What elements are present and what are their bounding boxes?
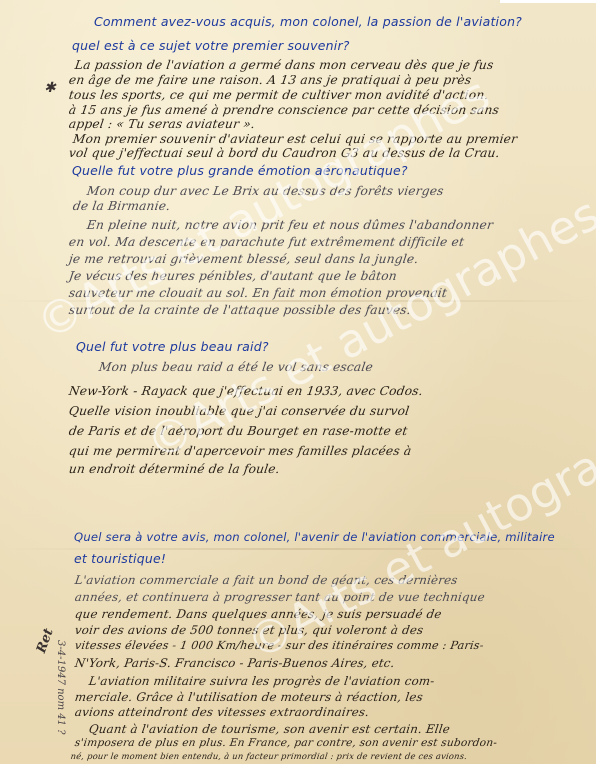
- question-1-line-1: Comment avez-vous acquis, mon colonel, l…: [94, 14, 522, 29]
- answer-1-line-5: appel : « Tu seras aviateur ».: [68, 117, 256, 131]
- answer-4-line-12: né, pour le moment bien entendu, à un fa…: [70, 751, 468, 761]
- margin-vertical-note: 3-4-1947 nom 41 ?: [55, 640, 66, 735]
- question-4-line-1: Quel sera à votre avis, mon colonel, l'a…: [74, 530, 555, 544]
- answer-1-line-4: à 15 ans je fus amené à prendre conscien…: [68, 103, 500, 117]
- answer-2-line-4: en vol. Ma descente en parachute fut ext…: [68, 235, 465, 249]
- answer-1-line-3: tous les sports, ce qui me permit de cul…: [68, 88, 489, 102]
- answer-4-line-6: N'York, Paris-S. Francisco - Paris-Bueno…: [74, 656, 396, 670]
- paper-fold: [0, 300, 596, 302]
- answer-2-line-1: Mon coup dur avec Le Brix au dessus des …: [86, 184, 445, 198]
- answer-3-line-5: qui me permirent d'apercevoir mes famill…: [68, 444, 412, 458]
- answer-2-line-3: En pleine nuit, notre avion prit feu et …: [86, 218, 494, 232]
- question-3: Quel fut votre plus beau raid?: [76, 339, 269, 354]
- answer-1-line-7: vol que j'effectuai seul à bord du Caudr…: [68, 146, 501, 160]
- answer-1-line-2: en âge de me faire une raison. A 13 ans …: [68, 73, 472, 87]
- margin-initials: Ret: [34, 626, 57, 655]
- answer-3-line-6: un endroit déterminé de la foule.: [68, 462, 281, 476]
- answer-4-line-5: vitesses élevées - 1 000 Km/heure - sur …: [74, 639, 485, 652]
- answer-2-line-5: je me retrouvai grièvement blessé, seul …: [68, 252, 419, 266]
- answer-4-line-2: années, et continuera à progresser tant …: [74, 590, 486, 604]
- answer-4-line-7: L'aviation militaire suivra les progrès …: [88, 674, 436, 688]
- answer-3-line-3: Quelle vision inoubliable que j'ai conse…: [68, 404, 410, 418]
- answer-4-line-11: s'imposera de plus en plus. En France, p…: [74, 737, 498, 749]
- paper-fold: [0, 548, 596, 550]
- question-4-line-2: et touristique!: [74, 551, 166, 566]
- margin-mark: ✱: [44, 80, 56, 96]
- question-2: Quelle fut votre plus grande émotion aér…: [72, 163, 408, 178]
- manuscript-page: Comment avez-vous acquis, mon colonel, l…: [0, 0, 596, 764]
- answer-2-line-2: de la Birmanie.: [72, 199, 171, 213]
- question-1-line-2: quel est à ce sujet votre premier souven…: [72, 38, 350, 53]
- answer-3-line-1: Mon plus beau raid a été le vol sans esc…: [98, 360, 374, 374]
- answer-1-line-1: La passion de l'aviation a germé dans mo…: [74, 58, 494, 72]
- answer-4-line-8: merciale. Grâce à l'utilisation de moteu…: [74, 690, 424, 704]
- answer-4-line-1: L'aviation commerciale a fait un bond de…: [74, 573, 459, 587]
- answer-2-line-6: Je vécus des heures pénibles, d'autant q…: [68, 269, 398, 283]
- answer-2-line-8: surtout de la crainte de l'attaque possi…: [68, 303, 412, 317]
- answer-1-line-6: Mon premier souvenir d'aviateur est celu…: [72, 132, 518, 146]
- answer-4-line-10: Quant à l'aviation de tourisme, son aven…: [88, 722, 451, 736]
- answer-2-line-7: sauveteur me clouait au sol. En fait mon…: [68, 286, 448, 300]
- answer-3-line-2: New-York - Rayack que j'effectuai en 193…: [68, 384, 424, 398]
- answer-4-line-3: que rendement. Dans quelques années, je …: [74, 607, 443, 621]
- answer-4-line-9: avions atteindront des vitesses extraord…: [74, 705, 370, 719]
- scan-edge: [500, 0, 596, 3]
- answer-3-line-4: de Paris et de l'aéroport du Bourget en …: [68, 424, 409, 438]
- answer-4-line-4: voir des avions de 500 tonnes et plus, q…: [74, 623, 424, 637]
